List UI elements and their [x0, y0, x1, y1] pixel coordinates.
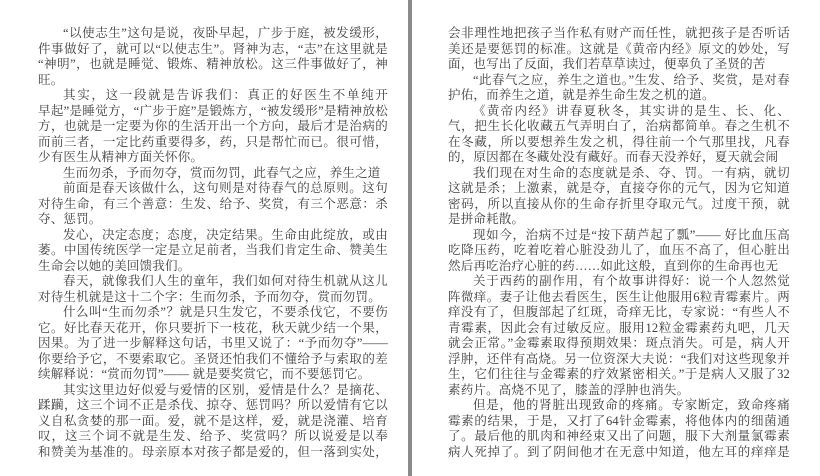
- text-line: 面，也写出了反面，我们若草草读过，便辜负了圣贤的苦心。: [448, 57, 790, 73]
- text-line: 然后再吃治疗心脏的药……如此这般，直到你的生命再也无力反抗。: [448, 259, 790, 275]
- text-line: 的，原因都在冬藏处没有藏好。而春天没养好，夏天就会闹病。: [448, 150, 790, 166]
- text-line: 就会正常。”金霉素取得预期效果：斑点消失。可是，病人开始膝盖: [448, 336, 790, 352]
- text-line: 病人死掉了。到了阴间他才在无意中知道，他左耳的痒痒是由一只蚊: [448, 445, 790, 461]
- right-page: 会非理性地把孩子当作私有财产而任性，就把孩子是否听话当作要赞美还是要惩罚的标准。…: [412, 0, 820, 476]
- left-page: “以使志生”这句是说，夜卧早起，广步于庭，被发缓形，这三件事做好了，就可以“以使…: [0, 0, 408, 476]
- paragraph: 我们现在对生命的态度就是杀、夺、罚。一有病，就切切割割，这就是杀；上激素，就是夺…: [448, 166, 790, 228]
- text-line: “神明”，也就是睡觉、锻炼、精神放松。这三件事做好了，神明就: [38, 57, 388, 73]
- paragraph: 《黄帝内经》讲春夏秋冬，其实讲的是生、长、化、收、藏五气，把生长化收藏五气弄明白…: [448, 104, 790, 166]
- text-line: 而前三者，一定比药重要得多，药，只是帮忙而已。很可惜，现在很: [38, 135, 388, 151]
- text-line: 霉素的结果，于是，又打了64针金霉素，将他体内的细菌通通消灭光: [448, 414, 790, 430]
- text-line: 叹，这三个词不就是生发、给予、奖赏吗？所以说爱是以奉献、无私: [38, 429, 388, 445]
- text-line: 生而勿杀，予而勿夺，赏而勿罚，此春气之应，养生之道也。: [38, 166, 388, 182]
- text-line: 件事做好了，就可以“以使志生”。肾神为志，“志”在这里就是: [38, 42, 388, 58]
- paragraph: 关于西药的副作用，有个故事讲得好：说一个人忽然觉得左耳一阵微痒。妻子让他去看医生…: [448, 274, 790, 398]
- text-line: 现如今，治病不过是“按下葫芦起了瓢”—— 好比血压高了，就: [448, 228, 790, 244]
- text-line: 阵微痒。妻子让他去看医生，医生让他服用6粒青霉素片。两天后，痒: [448, 290, 790, 306]
- text-line: 蹂躏，这三个词不正是杀伐、掠夺、惩罚吗？所以爱情有它以爱的名: [38, 398, 388, 414]
- text-line: 这就是杀；上激素，就是夺，直接夺你的元气，因为它知道你生命的: [448, 181, 790, 197]
- paragraph: 什么叫“生而勿杀”？就是只生发它，不要杀伐它，不要伤害它。好比春天花开，你只要折…: [38, 305, 388, 383]
- text-line: 早起”是睡觉方，“广步于庭”是锻炼方，“被发缓形”是精神放松: [38, 104, 388, 120]
- paragraph: “以使志生”这句是说，夜卧早起，广步于庭，被发缓形，这三件事做好了，就可以“以使…: [38, 26, 388, 88]
- text-line: 对待生命，有三个善意：生发、给予、奖赏，有三个恶意：杀伐、掠: [38, 197, 388, 213]
- text-line: 少有医生从精神方面关怀你。: [38, 150, 388, 166]
- text-line: 夺、惩罚。: [38, 212, 388, 228]
- text-line: 了。最后他的肌肉和神经束又出了问题，服下大剂量氯霉素后，这个: [448, 429, 790, 445]
- text-line: 对待生机就是这十二个字：生而勿杀，予而勿夺，赏而勿罚。: [38, 290, 388, 306]
- text-line: 密码，所以直接从你的生命存折里夺取元气。过度干预，就是罚，就: [448, 197, 790, 213]
- paragraph: 其实这里边好似爱与爱情的区别，爱情是什么？是摘花、占有和蹂躏，这三个词不正是杀伐…: [38, 383, 388, 461]
- paragraph: 春天，就像我们人生的童年，我们如何对待生机就从这儿开始，对待生机就是这十二个字：…: [38, 274, 388, 305]
- paragraph: 其实，这一段就是告诉我们：真正的好医生不单纯开药，“夜卧早起”是睡觉方，“广步于…: [38, 88, 388, 166]
- text-line: 美还是要惩罚的标准。这就是《黄帝内经》原文的妙处，写出了正: [448, 42, 790, 58]
- text-line: 关于西药的副作用，有个故事讲得好：说一个人忽然觉得左耳一: [448, 274, 790, 290]
- text-line: 生命会以她的美回馈我们。: [38, 259, 388, 275]
- text-line: 你要给予它，不要索取它。圣贤还怕我们不懂给予与索取的差别，继: [38, 352, 388, 368]
- text-line: 生，它们往往与金霉素的疗效紧密相关。”于是病人又服了32粒土霉: [448, 367, 790, 383]
- book-spread: “以使志生”这句是说，夜卧早起，广步于庭，被发缓形，这三件事做好了，就可以“以使…: [0, 0, 820, 476]
- text-line: 素药片。高烧不见了，膝盖的浮肿也消失。: [448, 383, 790, 399]
- paragraph: “此春气之应，养生之道也。”生发、给予、奖赏，是对春气的护佑，而养生之道，就是养…: [448, 73, 790, 104]
- text-line: 青霉素，因此会有过敏反应。服用12粒金霉素药丸吧，几天之后一切: [448, 321, 790, 337]
- text-line: 旺。: [38, 73, 388, 89]
- text-line: 会非理性地把孩子当作私有财产而任性，就把孩子是否听话当作要赞: [448, 26, 790, 42]
- text-line: “此春气之应，养生之道也。”生发、给予、奖赏，是对春气的: [448, 73, 790, 89]
- text-line: 方，也就是一定要为你的生活开出一个方向，最后才是治病的药方。: [38, 119, 388, 135]
- text-line: 前面是春天该做什么，这句则是对待春气的总原则。这句真好。: [38, 181, 388, 197]
- paragraph: 会非理性地把孩子当作私有财产而任性，就把孩子是否听话当作要赞美还是要惩罚的标准。…: [448, 26, 790, 73]
- text-line: 气，把生长化收藏五气弄明白了，治病都简单。春之生机不旺，根基: [448, 119, 790, 135]
- text-line: 吃降压药，吃着吃着心脏没劲儿了，血压不高了，但心脏出毛病了，: [448, 243, 790, 259]
- text-line: 春天，就像我们人生的童年，我们如何对待生机就从这儿开始，: [38, 274, 388, 290]
- text-line: 它。好比春天花开，你只要折下一枝花，秋天就少结一个果，这就叫: [38, 321, 388, 337]
- text-line: 护佑，而养生之道，就是养生命生发之机的道。: [448, 88, 790, 104]
- text-line: 其实，这一段就是告诉我们：真正的好医生不单纯开药，“夜卧: [38, 88, 388, 104]
- text-line: 萎。中国传统医学一定是立足前者，当我们肯定生命、赞美生命时，: [38, 243, 388, 259]
- text-line: 在冬藏，所以要想养生发之机，得往前一个气那里找，凡春天闹病: [448, 135, 790, 151]
- text-line: 痒没有了，但腹部起了红斑，奇痒无比，专家说：“有些人不适合服: [448, 305, 790, 321]
- text-line: 发心，决定态度；态度，决定结果。生命由此绽放，或由此枯: [38, 228, 388, 244]
- paragraph: 发心，决定态度；态度，决定结果。生命由此绽放，或由此枯萎。中国传统医学一定是立足…: [38, 228, 388, 275]
- text-line: 其实这里边好似爱与爱情的区别，爱情是什么？是摘花、占有和: [38, 383, 388, 399]
- paragraph: 现如今，治病不过是“按下葫芦起了瓢”—— 好比血压高了，就吃降压药，吃着吃着心脏…: [448, 228, 790, 275]
- text-line: 义自私贪婪的那一面。爱，就不是这样，爱，就是浇灌、培育和赞: [38, 414, 388, 430]
- paragraph: 生而勿杀，予而勿夺，赏而勿罚，此春气之应，养生之道也。: [38, 166, 388, 182]
- text-line: 和赞美为基准的。母亲原本对孩子都是爱的，但一落到实处，有时就: [38, 445, 388, 461]
- text-line: 因果。为了进一步解释这句话，书里又说了：“予而勿夺”—— 就是: [38, 336, 388, 352]
- paragraph: 但是，他的肾脏出现致命的疼痛。专家断定，致命疼痛是服用土霉素的结果，于是，又打了…: [448, 398, 790, 460]
- text-line: 是拼命耗散。: [448, 212, 790, 228]
- text-line: 浮肿，还伴有高烧。另一位资深大夫说：“我们对这些现象并不陌: [448, 352, 790, 368]
- text-line: 什么叫“生而勿杀”？就是只生发它，不要杀伐它，不要伤害: [38, 305, 388, 321]
- text-line: 我们现在对生命的态度就是杀、夺、罚。一有病，就切切割割，: [448, 166, 790, 182]
- text-line: 续解释说：“赏而勿罚”—— 就是要奖赏它，而不要惩罚它。: [38, 367, 388, 383]
- paragraph: 前面是春天该做什么，这句则是对待春气的总原则。这句真好。对待生命，有三个善意：生…: [38, 181, 388, 228]
- text-line: 《黄帝内经》讲春夏秋冬，其实讲的是生、长、化、收、藏五: [448, 104, 790, 120]
- text-line: “以使志生”这句是说，夜卧早起，广步于庭，被发缓形，这三: [38, 26, 388, 42]
- text-line: 但是，他的肾脏出现致命的疼痛。专家断定，致命疼痛是服用土: [448, 398, 790, 414]
